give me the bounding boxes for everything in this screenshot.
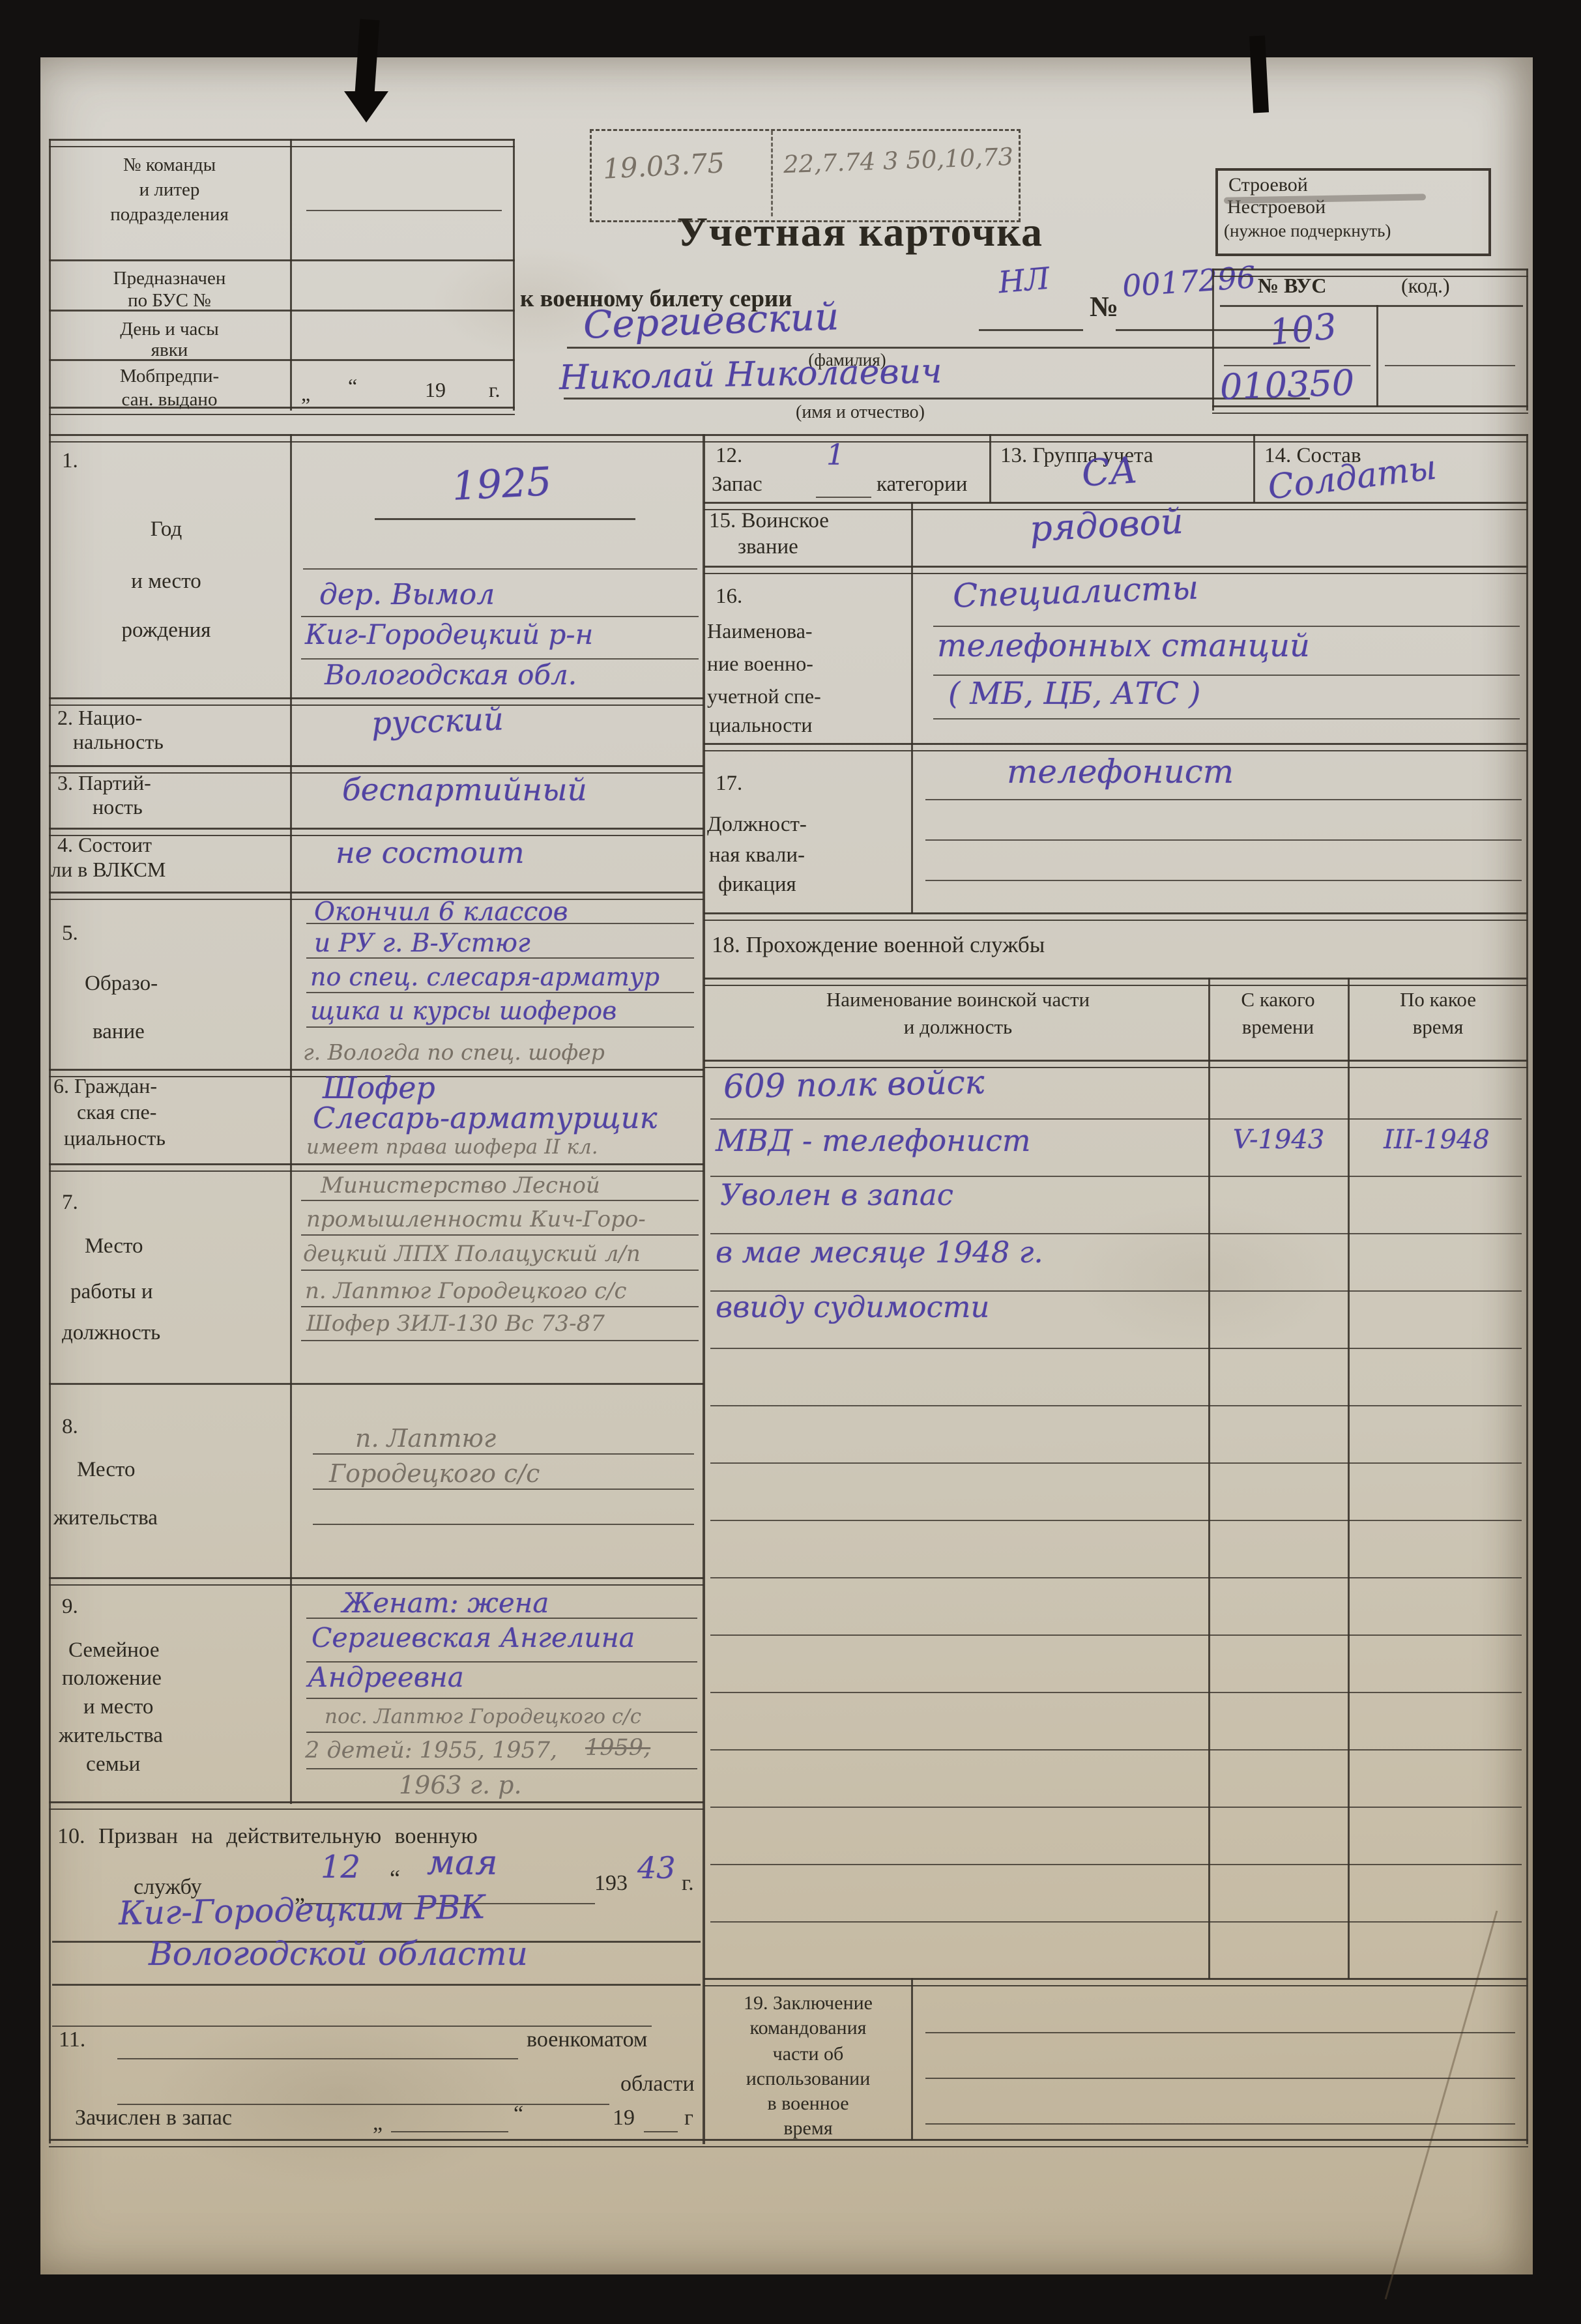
- table-row-rule: [710, 1176, 1522, 1177]
- s9-num: 9.: [62, 1595, 78, 1618]
- s17-value: телефонист: [1007, 755, 1234, 789]
- mob-quote-open: „: [301, 383, 310, 405]
- s7-rule5: [301, 1340, 699, 1341]
- s17-label3: фикация: [718, 873, 796, 896]
- table-col-divider2: [1348, 978, 1350, 1979]
- div-13-14: [1253, 434, 1255, 503]
- s12-num: 12.: [716, 444, 742, 467]
- table-row-rule: [710, 1921, 1522, 1923]
- s1-line1-rule: [301, 616, 699, 617]
- s18-col3-header: По какое: [1348, 989, 1528, 1011]
- series-underline: [979, 329, 1083, 331]
- s9-label4: жительства: [59, 1724, 163, 1747]
- table-row-rule: [710, 1577, 1522, 1578]
- s15-value: рядовой: [1029, 503, 1184, 548]
- header-left-box-right: [513, 139, 515, 411]
- page-title: Учетная карточка: [613, 210, 1108, 254]
- s5-label1: Образо-: [85, 972, 158, 995]
- s12-label2: категории: [877, 473, 967, 496]
- s5-rule3: [306, 992, 694, 993]
- bus-label2: по БУС №: [55, 291, 283, 310]
- scanned-military-card: № команды и литер подразделения Предназн…: [0, 0, 1581, 2324]
- rule-r16-bottom: [704, 743, 1528, 751]
- s9-label3: и место: [83, 1696, 153, 1719]
- name-underline: [564, 398, 1310, 399]
- s5-line2: и РУ г. В-Устюг: [314, 931, 530, 957]
- s1-num: 1.: [62, 450, 78, 472]
- s12-category-value: 1: [826, 441, 845, 471]
- s7-rule3: [301, 1270, 699, 1271]
- vus-box-left: [1212, 269, 1214, 411]
- mob-quote-close: “: [348, 375, 357, 398]
- s7-label2: работы и: [70, 1281, 153, 1303]
- div-17: [911, 743, 913, 914]
- s8-rule1: [313, 1453, 694, 1455]
- s6-label2: ская спе-: [77, 1101, 156, 1124]
- s3-label1: 3. Партий-: [57, 772, 151, 794]
- s9-line5a: 2 детей: 1955, 1957,: [305, 1739, 557, 1763]
- s6-label1: 6. Граждан-: [53, 1075, 157, 1097]
- s5-label2: вание: [93, 1021, 145, 1043]
- left-column-divider: [290, 434, 292, 1804]
- rule-r17-bottom: [704, 912, 1528, 921]
- s19-label6: время: [707, 2118, 909, 2139]
- s11-label2: области: [620, 2072, 695, 2096]
- s8-line1: п. Лаптюг: [355, 1426, 496, 1452]
- rule-s8-bottom: [49, 1577, 704, 1586]
- s17-num: 17.: [716, 772, 742, 795]
- s9-line6: 1963 г. р.: [399, 1773, 522, 1799]
- s4-label2: ли в ВЛКСМ: [51, 859, 166, 881]
- s2-label2: нальность: [73, 731, 164, 753]
- s16-rule1: [933, 626, 1520, 627]
- s10-rule3: [52, 2026, 652, 2027]
- vus-code-value: 010350: [1219, 364, 1355, 406]
- div-16: [911, 566, 913, 744]
- s8-label2: жительства: [53, 1507, 158, 1530]
- s10-line1: Киг-Городецким РВК: [119, 1890, 486, 1930]
- s7-num: 7.: [62, 1191, 78, 1214]
- s11-rule4: [644, 2131, 678, 2132]
- s16-rule3: [933, 718, 1520, 719]
- pencil-note-left: 19.03.75: [602, 149, 725, 184]
- s3-value: беспартийный: [342, 774, 587, 806]
- s9-label2: положение: [62, 1667, 162, 1690]
- s7-line4: п. Лаптюг Городецкого с/с: [305, 1280, 627, 1303]
- mob-label2: сан. выдано: [55, 390, 283, 409]
- s8-label1: Место: [77, 1459, 136, 1481]
- s9-line1: Женат: жена: [342, 1589, 549, 1618]
- s7-label1: Место: [85, 1235, 143, 1258]
- s1-birth-line3: Вологодская обл.: [325, 661, 577, 690]
- s12-label1: Запас: [712, 473, 762, 496]
- s5-rule1: [306, 923, 694, 924]
- s16-label1: Наименова-: [707, 620, 813, 643]
- s8-rule2: [313, 1489, 694, 1490]
- table-col-divider1: [1208, 978, 1210, 1979]
- s9-line5b-struck: 1959,: [585, 1736, 650, 1760]
- s7-label3: должность: [62, 1322, 160, 1344]
- cmd-number-label2: и литер: [55, 180, 283, 199]
- vus-number-value: 103: [1268, 308, 1338, 352]
- mob-year-g: г.: [489, 379, 500, 401]
- s1-birth-line1: дер. Вымол: [319, 580, 495, 610]
- s11-label1: военкоматом: [527, 2028, 647, 2052]
- table-row-rule: [710, 1405, 1522, 1406]
- s3-label2: ность: [93, 796, 143, 819]
- surname-value: Сергиевский: [583, 297, 839, 345]
- s9-line2: Сергиевская Ангелина: [312, 1624, 635, 1652]
- table-row-rule: [710, 1692, 1522, 1693]
- s19-label2: командования: [707, 2018, 909, 2039]
- mob-year: 19: [425, 379, 446, 401]
- s10-rule2: [52, 1984, 701, 1986]
- rule-s1-bottom: [49, 697, 704, 706]
- s5-line5: г. Вологда по спец. шофер: [303, 1041, 605, 1064]
- day-hours-label2: явки: [55, 340, 283, 360]
- s15-label2: звание: [738, 536, 798, 559]
- s6-line3: имеет права шофера II кл.: [306, 1137, 598, 1158]
- s16-label3: учетной спе-: [707, 686, 821, 708]
- s1-label1: Год: [55, 518, 277, 541]
- s5-line1: Окончил 6 классов: [314, 899, 568, 926]
- s10-label1: 10. Призван на действительную военную: [57, 1825, 478, 1848]
- table-row-rule: [710, 1462, 1522, 1464]
- cmd-number-label: № команды: [55, 155, 283, 175]
- underline-note-label: (нужное подчеркнуть): [1224, 222, 1391, 240]
- form-top-border: [49, 434, 1528, 443]
- s19-label4: использовании: [707, 2069, 909, 2089]
- s6-label3: циальность: [64, 1127, 166, 1150]
- s9-rule3: [306, 1698, 697, 1699]
- s17-rule1: [925, 799, 1522, 800]
- form-bottom-border: [49, 2139, 1528, 2147]
- s8-line2: Городецкого с/с: [329, 1461, 540, 1487]
- s18-row4-unit: в мае месяце 1948 г.: [716, 1237, 1043, 1268]
- header-left-blank-line: [306, 210, 502, 211]
- s16-label4: циальности: [709, 714, 813, 736]
- s1-year-underline: [375, 518, 635, 520]
- s16-num: 16.: [716, 585, 742, 608]
- number-sign: №: [1090, 292, 1118, 322]
- pencil-note-box-divider: [771, 131, 773, 216]
- s9-rule5: [306, 1768, 697, 1769]
- s16-line2: телефонных станций: [937, 630, 1310, 662]
- s19-label1: 19. Заключение: [707, 1993, 909, 2014]
- s11-g: г: [684, 2106, 693, 2130]
- s16-line3: ( МБ, ЦБ, АТС ): [948, 678, 1200, 710]
- punch-mark-left-tip: [344, 91, 388, 123]
- s18-title: 18. Прохождение военной службы: [712, 933, 1045, 957]
- s7-line1: Министерство Лесной: [321, 1174, 600, 1198]
- day-hours-label: День и часы: [55, 319, 283, 339]
- s5-num: 5.: [62, 922, 78, 945]
- s18-row3-unit: Уволен в запас: [720, 1180, 953, 1210]
- div-12-13: [989, 434, 991, 503]
- s4-value: не состоит: [336, 837, 525, 868]
- s18-col2-header: С какого: [1208, 989, 1348, 1011]
- s18-row5-unit: ввиду судимости: [716, 1292, 989, 1322]
- surname-underline: [567, 347, 1310, 349]
- s9-label5: семьи: [86, 1753, 140, 1776]
- series-value: НЛ: [997, 263, 1051, 298]
- s19-rule3: [925, 2123, 1515, 2125]
- s7-rule1: [301, 1200, 699, 1201]
- s9-line4: пос. Лаптюг Городецкого с/с: [325, 1706, 641, 1728]
- s19-label3: части об: [707, 2044, 909, 2065]
- s7-line5: Шофер ЗИЛ-130 Вс 73-87: [306, 1313, 605, 1336]
- s18-col3-header2: время: [1348, 1017, 1528, 1038]
- vus-mid-line-right: [1385, 365, 1515, 366]
- s10-month-value: мая: [427, 1846, 498, 1881]
- rule-s7-bottom: [49, 1383, 704, 1385]
- s10-year-ink: 43: [637, 1852, 676, 1883]
- s17-label2: ная квали-: [709, 844, 805, 867]
- vus-code-label: (код.): [1401, 275, 1450, 297]
- s18-row2-to: III-1948: [1350, 1126, 1523, 1154]
- s19-rule1: [925, 2032, 1515, 2033]
- s11-num: 11.: [59, 2028, 85, 2052]
- s7-rule2: [301, 1234, 699, 1236]
- s18-col1-header2: и должность: [710, 1017, 1206, 1038]
- div-15: [911, 502, 913, 567]
- header-left-box-line1: [49, 259, 515, 261]
- s4-label1: 4. Состоит: [57, 834, 152, 856]
- s9-line3: Андреевна: [308, 1663, 464, 1692]
- table-row-rule: [710, 1807, 1522, 1808]
- name-value: Николай Николаевич: [559, 354, 942, 396]
- s11-quote-close: “: [514, 2102, 523, 2126]
- table-row-rule: [710, 1749, 1522, 1750]
- s11-rule2: [117, 2104, 609, 2105]
- s5-line3: по спец. слесаря-арматур: [310, 965, 660, 991]
- s8-rule3: [313, 1524, 694, 1525]
- s1-birth-line2: Киг-Городецкий р-н: [305, 620, 593, 649]
- s10-day-value: 12: [321, 1851, 360, 1883]
- s19-rule2: [925, 2078, 1515, 2079]
- s10-quote-close: “: [390, 1866, 400, 1891]
- s2-value: русский: [371, 703, 504, 740]
- s17-label1: Должност-: [707, 813, 807, 836]
- s7-line2: промышленности Кич-Горо-: [306, 1208, 646, 1232]
- s8-num: 8.: [62, 1416, 78, 1438]
- s9-rule1: [306, 1618, 697, 1619]
- s5-rule2: [306, 957, 694, 959]
- s11-rule1: [117, 2058, 518, 2059]
- s18-row1-unit: 609 полк войск: [723, 1066, 985, 1104]
- s17-rule3: [925, 880, 1522, 881]
- table-row-rule: [710, 1118, 1522, 1120]
- table-row-rule: [710, 1520, 1522, 1521]
- s1-label2: и место: [55, 570, 277, 593]
- s6-line1: Шофер: [323, 1072, 435, 1103]
- s12-rule: [816, 497, 871, 498]
- s10-year-printed: 193: [594, 1872, 628, 1895]
- s9-label1: Семейное: [68, 1639, 159, 1662]
- table-top-rule: [704, 978, 1528, 986]
- rule-s6-bottom: [49, 1163, 704, 1172]
- s10-line2: Вологодской области: [149, 1937, 528, 1971]
- table-row-rule: [710, 1634, 1522, 1636]
- s17-rule2: [925, 839, 1522, 841]
- form-center-divider: [703, 434, 705, 2144]
- s9-rule4: [306, 1732, 697, 1733]
- rule-s9-bottom: [49, 1801, 704, 1810]
- s1-blank-line: [303, 568, 697, 570]
- vus-box-right: [1526, 269, 1528, 411]
- s15-label1: 15. Воинское: [709, 510, 829, 532]
- s5-line4: щика и курсы шоферов: [310, 998, 616, 1024]
- s1-label3: рождения: [55, 619, 277, 642]
- vus-box-divider: [1376, 305, 1378, 407]
- div-19: [911, 1978, 913, 2140]
- s16-label2: ние военно-: [707, 653, 813, 675]
- s18-row2-from: V-1943: [1211, 1126, 1346, 1154]
- header-left-box-top: [49, 139, 515, 147]
- s10-year-g: г.: [682, 1872, 694, 1895]
- s6-line2: Слесарь-арматурщик: [313, 1103, 658, 1133]
- header-left-box-divider: [290, 139, 292, 411]
- form-right-border: [1526, 434, 1528, 2144]
- vus-header-underline: [1220, 305, 1523, 307]
- s2-label1: 2. Нацио-: [57, 707, 142, 729]
- s11-rule3: [391, 2131, 508, 2132]
- table-row-rule: [710, 1233, 1522, 1234]
- s19-label5: в военное: [707, 2093, 909, 2114]
- punch-mark-right: [1249, 35, 1269, 113]
- s7-rule4: [301, 1306, 699, 1307]
- mob-label: Мобпредпи-: [55, 366, 283, 386]
- table-row-rule: [710, 1348, 1522, 1349]
- cmd-number-label3: подразделения: [55, 205, 283, 224]
- table-row-rule: [710, 1864, 1522, 1865]
- bus-label: Предназначен: [55, 269, 283, 288]
- s18-col2-header2: времени: [1208, 1017, 1348, 1038]
- s11-quote-open: „: [373, 2112, 383, 2135]
- s7-line3: децкий ЛПХ Полацуский л/п: [303, 1243, 641, 1266]
- s18-col1-header: Наименование воинской части: [710, 989, 1206, 1011]
- s5-rule4: [306, 1026, 694, 1028]
- s11-label3: Зачислен в запас: [75, 2106, 232, 2130]
- s16-line1: Специалисты: [952, 570, 1199, 613]
- table-bottom-rule: [704, 1978, 1528, 1986]
- name-caption: (имя и отчество): [678, 403, 1043, 422]
- vus-box-bottom: [1212, 405, 1528, 414]
- s11-year: 19: [613, 2106, 635, 2130]
- vus-number-label: № ВУС: [1258, 275, 1327, 297]
- s18-row2-unit: МВД - телефонист: [716, 1125, 1030, 1156]
- stroevoy-label: Строевой: [1228, 175, 1308, 196]
- s13-value: СА: [1081, 452, 1139, 494]
